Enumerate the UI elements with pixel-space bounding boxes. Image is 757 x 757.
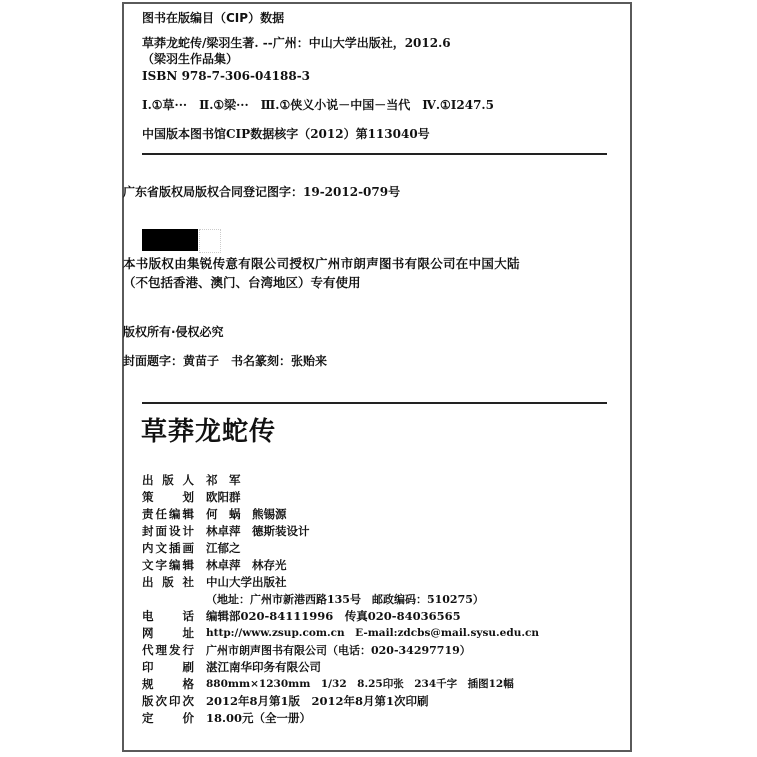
pub-value: 湛江南华印务有限公司	[206, 659, 321, 675]
pub-row-cover-design: 封 面 设 计 林卓萍 德斯装设计	[142, 522, 310, 539]
pub-row-planner: 策 划 欧阳群	[142, 488, 241, 505]
pub-value: 2012年8月第1版 2012年8月第1次印刷	[206, 693, 429, 709]
pub-label: 代 理 发 行	[142, 642, 194, 658]
label-char: 任	[156, 506, 168, 522]
pub-label: 出 版 社	[142, 574, 194, 590]
label-char: 电	[142, 608, 154, 624]
label-char: 定	[142, 710, 154, 726]
label-char: 面	[156, 523, 168, 539]
label-char: 发	[169, 642, 181, 658]
redacted-block	[142, 229, 198, 251]
pub-row-address: （地址：广州市新港西路135号 邮政编码：510275）	[142, 590, 484, 607]
pub-row-publishing-house: 出 版 社 中山大学出版社	[142, 573, 287, 590]
cip-line-1: 草莽龙蛇传/梁羽生著. --广州：中山大学出版社，2012.6	[142, 36, 451, 50]
label-char: 价	[183, 710, 195, 726]
pub-value: 中山大学出版社	[206, 574, 287, 590]
label-char: 插	[169, 540, 181, 556]
label-char: 版	[142, 693, 154, 709]
pub-row-publisher-person: 出 版 人 祁 军	[142, 471, 241, 488]
label-char: 刷	[183, 659, 195, 675]
book-title: 草莽龙蛇传	[141, 417, 276, 447]
pub-value: 江郁之	[206, 540, 241, 556]
label-char: 社	[183, 574, 195, 590]
cip-classification: Ⅰ.①草··· Ⅱ.①梁··· Ⅲ.①侠义小说－中国－当代 Ⅳ.①I247.5	[142, 98, 494, 112]
label-char: 出	[142, 574, 154, 590]
pub-label: 封 面 设 计	[142, 523, 194, 539]
copyright-page: 图书在版编目（CIP）数据 草莽龙蛇传/梁羽生著. --广州：中山大学出版社，2…	[122, 2, 632, 752]
label-char: 字	[156, 557, 168, 573]
pub-value: 林卓萍 德斯装设计	[206, 523, 310, 539]
label-char: 划	[183, 489, 195, 505]
label-char: 辑	[183, 557, 195, 573]
cip-library-record: 中国版本图书馆CIP数据核字（2012）第113040号	[142, 127, 430, 141]
pub-label: 版 次 印 次	[142, 693, 194, 709]
copyright-registration: 广东省版权局版权合同登记图字：19-2012-079号	[123, 185, 400, 199]
pub-value: 编辑部020-84111996 传真020-84036565	[206, 608, 461, 624]
label-char: 次	[183, 693, 195, 709]
pub-label: 规 格	[142, 676, 194, 692]
pub-label: 内 文 插 画	[142, 540, 194, 556]
license-line-1: 本书版权由集锐传意有限公司授权广州市朗声图书有限公司在中国大陆	[123, 257, 520, 271]
pub-label: 电 话	[142, 608, 194, 624]
label-char: 次	[156, 693, 168, 709]
label-char: 封	[142, 523, 154, 539]
pub-value: 欧阳群	[206, 489, 241, 505]
cip-heading: 图书在版编目（CIP）数据	[142, 11, 284, 25]
label-char: 编	[169, 506, 181, 522]
pub-label: 出 版 人	[142, 472, 194, 488]
pub-row-website: 网 址 http://www.zsup.com.cn E-mail:zdcbs@…	[142, 624, 539, 641]
label-char: 规	[142, 676, 154, 692]
label-char: 责	[142, 506, 154, 522]
label-char: 计	[183, 523, 195, 539]
pub-row-editor-in-charge: 责 任 编 辑 何 蜗 熊锡源	[142, 505, 287, 522]
pub-row-phone: 电 话 编辑部020-84111996 传真020-84036565	[142, 607, 461, 624]
pub-row-price: 定 价 18.00元（全一册）	[142, 709, 311, 726]
label-char: 人	[183, 472, 195, 488]
redacted-block-ghost	[199, 229, 221, 253]
label-char: 印	[169, 693, 181, 709]
label-char: 理	[156, 642, 168, 658]
pub-label: 责 任 编 辑	[142, 506, 194, 522]
pub-value: 18.00元（全一册）	[206, 710, 311, 726]
pub-value: （地址：广州市新港西路135号 邮政编码：510275）	[206, 591, 484, 607]
pub-label: 文 字 编 辑	[142, 557, 194, 573]
divider-rule-2	[142, 402, 607, 404]
pub-value: 祁 军	[206, 472, 241, 488]
label-char: 网	[142, 625, 154, 641]
label-char: 出	[142, 472, 154, 488]
cover-credits: 封面题字：黄苗子 书名篆刻：张贻来	[123, 354, 327, 368]
pub-label: 策 划	[142, 489, 194, 505]
label-char: 画	[183, 540, 195, 556]
pub-row-distributor: 代 理 发 行 广州市朗声图书有限公司（电话：020-34297719）	[142, 641, 471, 658]
label-char: 编	[169, 557, 181, 573]
pub-value: 广州市朗声图书有限公司（电话：020-34297719）	[206, 642, 471, 658]
rights-reserved: 版权所有·侵权必究	[123, 325, 224, 339]
pub-value: http://www.zsup.com.cn E-mail:zdcbs@mail…	[206, 625, 539, 640]
label-char: 策	[142, 489, 154, 505]
pub-label: 网 址	[142, 625, 194, 641]
pub-row-printer: 印 刷 湛江南华印务有限公司	[142, 658, 321, 675]
label-char: 文	[142, 557, 154, 573]
pub-row-text-editor: 文 字 编 辑 林卓萍 林存光	[142, 556, 287, 573]
label-char: 辑	[183, 506, 195, 522]
label-char: 设	[169, 523, 181, 539]
label-char: 址	[183, 625, 195, 641]
pub-value: 何 蜗 熊锡源	[206, 506, 287, 522]
label-char: 文	[156, 540, 168, 556]
cip-isbn: ISBN 978-7-306-04188-3	[142, 69, 310, 83]
pub-row-illustration: 内 文 插 画 江郁之	[142, 539, 241, 556]
cip-line-2: （梁羽生作品集）	[142, 52, 238, 66]
label-char: 话	[183, 608, 195, 624]
pub-value: 880mm×1230mm 1/32 8.25印张 234千字 插图12幅	[206, 676, 514, 691]
label-char: 内	[142, 540, 154, 556]
pub-label: 印 刷	[142, 659, 194, 675]
label-char: 代	[142, 642, 154, 658]
license-line-2: （不包括香港、澳门、台湾地区）专有使用	[123, 276, 361, 290]
label-char: 行	[183, 642, 195, 658]
label-char: 版	[162, 574, 174, 590]
label-char: 版	[162, 472, 174, 488]
pub-row-edition: 版 次 印 次 2012年8月第1版 2012年8月第1次印刷	[142, 692, 429, 709]
label-char: 格	[183, 676, 195, 692]
pub-row-format: 规 格 880mm×1230mm 1/32 8.25印张 234千字 插图12幅	[142, 675, 514, 692]
pub-value: 林卓萍 林存光	[206, 557, 287, 573]
label-char: 印	[142, 659, 154, 675]
divider-rule-1	[142, 153, 607, 155]
pub-label: 定 价	[142, 710, 194, 726]
